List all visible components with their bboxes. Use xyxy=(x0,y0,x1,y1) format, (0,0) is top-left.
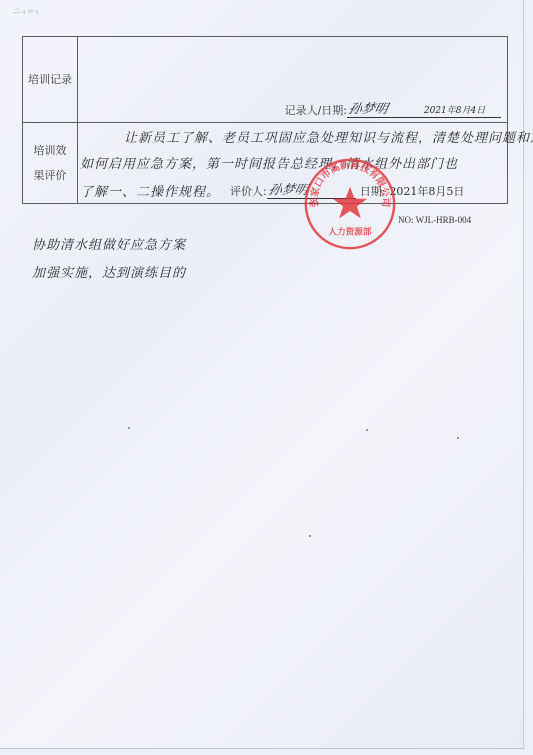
document-number: NO: WJL-HRB-004 xyxy=(398,215,471,225)
evaluation-text-line: 了解一、二操作规程。 xyxy=(80,181,220,200)
evaluation-text-line: 让新员工了解、老员工巩固应急处理知识与流程，清楚处理问题和意 xyxy=(124,127,533,146)
evaluation-text-line: 如何启用应急方案，第一时间报告总经理，清水组外出部门也 xyxy=(80,153,458,172)
evaluator-line: 评价人: 孙梦明 日期: 2021年8月5日 xyxy=(230,179,464,199)
evaluation-label-line2: 果评价 xyxy=(24,163,76,188)
corner-mark: ニ₄≈₅ xyxy=(12,4,40,17)
training-record-row: 培训记录 记录人/日期: 孙梦明 2021年8月4日 xyxy=(23,37,508,123)
extra-note: 协助清水组做好应急方案 xyxy=(32,234,186,253)
recorder-date: 2021年8月4日 xyxy=(424,106,485,116)
training-form-table: 培训记录 记录人/日期: 孙梦明 2021年8月4日 培训效 果评价 让新员工了… xyxy=(22,36,508,204)
training-evaluation-content: 让新员工了解、老员工巩固应急处理知识与流程，清楚处理问题和意 如何启用应急方案，… xyxy=(78,123,508,204)
evaluator-label: 评价人: xyxy=(230,183,267,199)
stamp-bottom-text: 人力资源部 xyxy=(328,226,372,238)
evaluator-signature: 孙梦明 xyxy=(267,179,310,198)
training-record-content: 记录人/日期: 孙梦明 2021年8月4日 xyxy=(78,37,508,123)
paper-speck xyxy=(457,437,459,439)
paper-speck xyxy=(128,427,130,429)
training-record-label: 培训记录 xyxy=(23,37,78,123)
paper-speck xyxy=(309,535,311,537)
training-evaluation-label: 培训效 果评价 xyxy=(23,123,78,204)
extra-note: 加强实施，达到演练目的 xyxy=(32,262,186,281)
recorder-signature: 孙梦明 xyxy=(347,98,390,117)
recorder-line: 记录人/日期: 孙梦明 2021年8月4日 xyxy=(285,98,501,118)
training-evaluation-row: 培训效 果评价 让新员工了解、老员工巩固应急处理知识与流程，清楚处理问题和意 如… xyxy=(23,123,508,204)
recorder-signature-field: 孙梦明 2021年8月4日 xyxy=(347,98,501,118)
evaluation-date-value: 2021年8月5日 xyxy=(389,183,464,199)
training-record-label-text: 培训记录 xyxy=(28,73,72,86)
evaluator-signature-field: 孙梦明 xyxy=(267,179,356,199)
evaluation-label-line1: 培训效 xyxy=(24,138,76,163)
recorder-label: 记录人/日期: xyxy=(285,102,347,118)
evaluation-date-label: 日期: xyxy=(360,183,386,199)
paper-sheet: ニ₄≈₅ 培训记录 记录人/日期: 孙梦明 2021年8月4日 培训效 果评价 xyxy=(0,0,524,749)
paper-speck xyxy=(366,429,368,431)
